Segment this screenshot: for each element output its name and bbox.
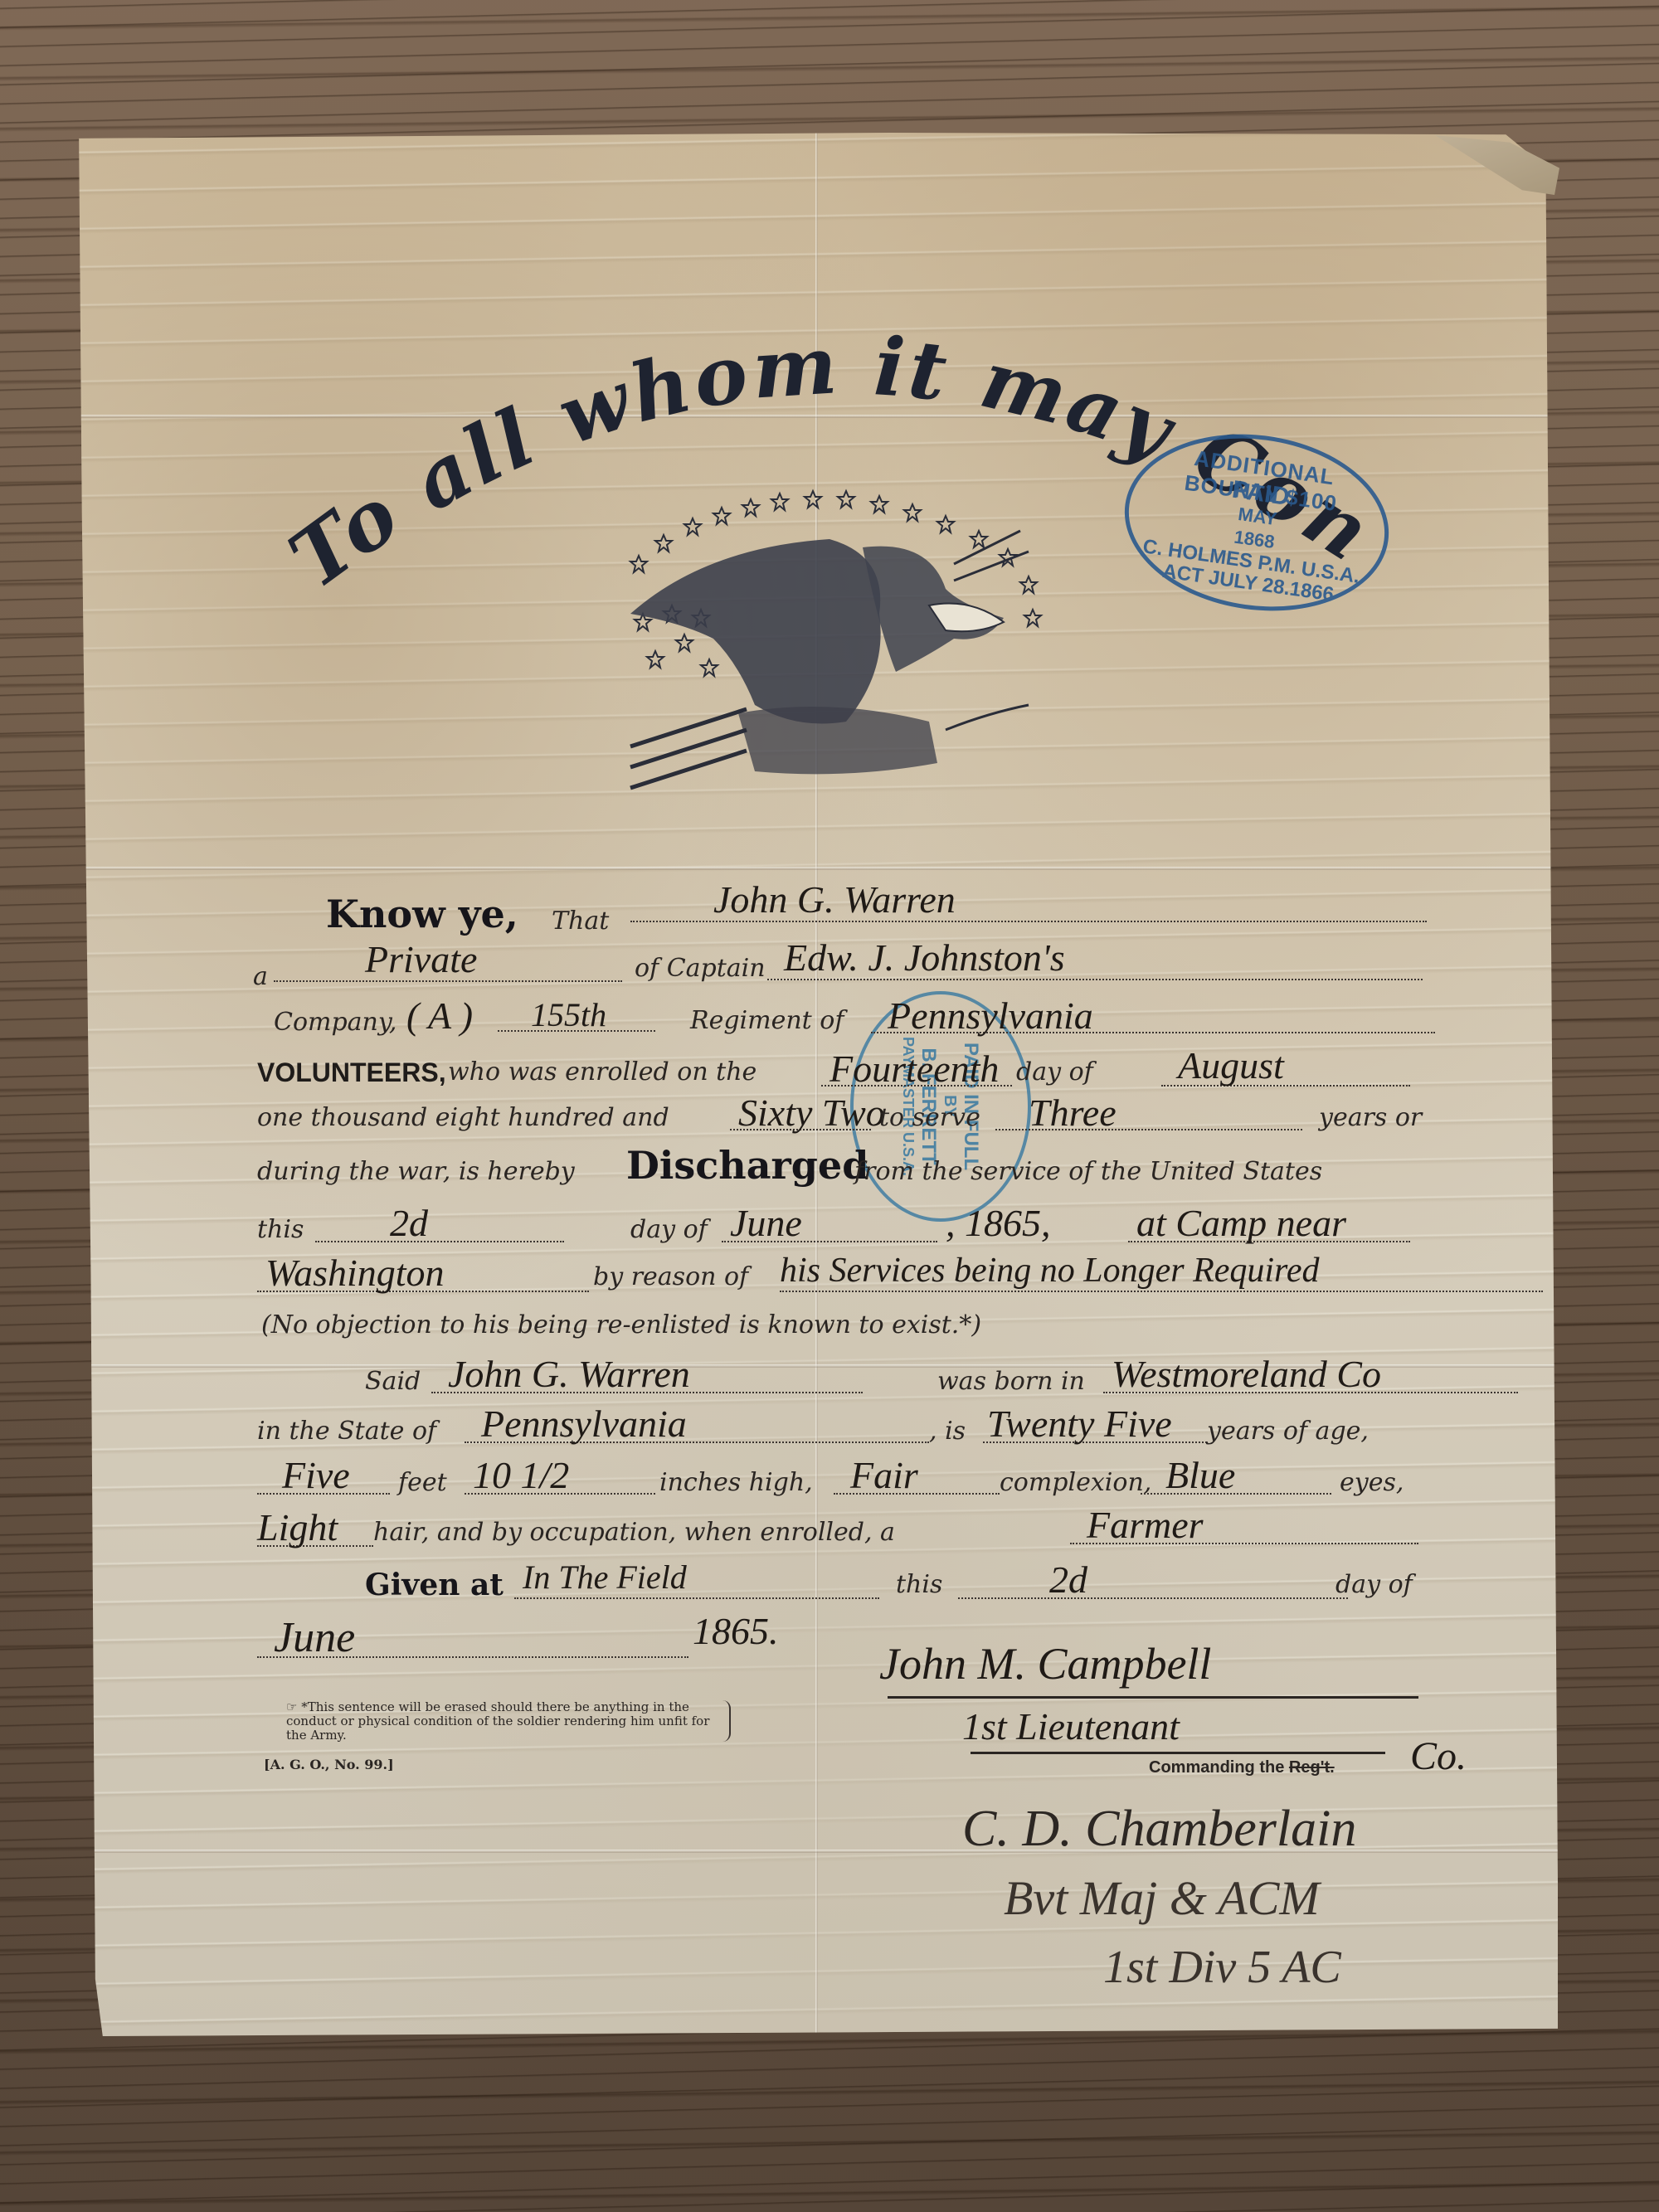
- given-day-value: 2d: [1049, 1558, 1087, 1601]
- a-label: a: [253, 962, 268, 991]
- eagle-illustration: [614, 481, 1078, 821]
- enrolled-year-field: Sixty Two: [730, 1091, 871, 1130]
- footnote-bracket: [722, 1700, 731, 1742]
- given-this-label: this: [896, 1570, 942, 1599]
- soldier-name-field: John G. Warren: [630, 878, 1427, 922]
- given-day-of-label: day of: [1335, 1570, 1413, 1599]
- day-of-label-2: day of: [630, 1215, 708, 1244]
- company-label: Company,: [274, 1008, 397, 1037]
- said-label: Said: [365, 1367, 421, 1396]
- complexion-field: Fair: [834, 1453, 1000, 1495]
- eyes-value: Blue: [1165, 1454, 1235, 1496]
- year-prefix-label: one thousand eight hundred and: [257, 1103, 669, 1132]
- years-of-age-label: years of age,: [1207, 1417, 1369, 1446]
- age-field: Twenty Five: [983, 1402, 1207, 1443]
- eagle-icon: [630, 531, 1029, 788]
- reason-field: his Services being no Longer Required: [780, 1251, 1543, 1292]
- day-of-label: day of: [1016, 1057, 1093, 1087]
- said-name-value: John G. Warren: [448, 1353, 690, 1395]
- fold-crease-horizontal: [73, 867, 1558, 870]
- hair-label: hair, and by occupation, when enrolled, …: [373, 1518, 895, 1547]
- commanding-struck-text: Reg't.: [1289, 1758, 1335, 1777]
- birth-county-value: Westmoreland Co: [1112, 1353, 1381, 1395]
- officer-signature: John M. Campbell: [879, 1638, 1211, 1689]
- years-or-label: years or: [1319, 1103, 1422, 1132]
- complexion-label: complexion,: [1000, 1468, 1151, 1497]
- regiment-of-label: Regiment of: [690, 1006, 844, 1035]
- during-war-label: during the war, is hereby: [257, 1157, 575, 1186]
- of-captain-label: of Captain: [635, 954, 766, 983]
- age-value: Twenty Five: [987, 1403, 1172, 1445]
- height-inches-field: 10 1/2: [465, 1453, 655, 1495]
- captain-name-value: Edw. J. Johnston's: [784, 936, 1065, 979]
- footnote: ☞ *This sentence will be erased should t…: [286, 1700, 726, 1743]
- term-value: Three: [1029, 1091, 1117, 1134]
- state-of-label: in the State of: [257, 1417, 436, 1446]
- company-value: ( A ): [406, 994, 473, 1038]
- form-number: [A. G. O., No. 99.]: [264, 1757, 394, 1772]
- rank-field: Private: [274, 937, 622, 982]
- state-value: Pennsylvania: [888, 994, 1093, 1037]
- endorser-unit: 1st Div 5 AC: [1103, 1941, 1341, 1994]
- by-reason-label: by reason of: [593, 1262, 748, 1291]
- commanding-text: Commanding the: [1149, 1758, 1284, 1777]
- endorser-signature: C. D. Chamberlain: [962, 1800, 1356, 1859]
- officer-rank: 1st Lieutenant: [962, 1704, 1180, 1748]
- discharge-month-field: June: [722, 1201, 937, 1242]
- rank-value: Private: [365, 938, 477, 980]
- discharge-year-value: , 1865,: [946, 1201, 1051, 1245]
- hair-value: Light: [257, 1506, 338, 1548]
- complexion-value: Fair: [850, 1454, 918, 1496]
- location-field-b: Washington: [257, 1251, 589, 1292]
- location-value-b: Washington: [265, 1252, 445, 1294]
- enrolled-label: who was enrolled on the: [448, 1057, 757, 1087]
- regiment-number-field: 155th: [498, 995, 655, 1032]
- enrolled-day-field: Fourteenth: [821, 1047, 1012, 1087]
- enrolled-year-value: Sixty Two: [738, 1091, 885, 1134]
- born-in-label: was born in: [937, 1367, 1085, 1396]
- captain-name-field: Edw. J. Johnston's: [767, 936, 1423, 980]
- to-serve-label: to serve: [879, 1103, 980, 1132]
- discharged-label: Discharged: [626, 1143, 868, 1188]
- hair-field: Light: [257, 1505, 373, 1547]
- feet-label: feet: [398, 1468, 447, 1497]
- birth-county-field: Westmoreland Co: [1103, 1352, 1518, 1393]
- from-service-label: from the service of the United States: [854, 1157, 1322, 1186]
- state-field: Pennsylvania: [871, 994, 1435, 1033]
- given-place-field: In The Field: [514, 1558, 879, 1599]
- commanding-unit: Co.: [1410, 1733, 1467, 1779]
- eyes-field: Blue: [1141, 1453, 1331, 1495]
- pointing-hand-icon: ☞: [286, 1699, 297, 1714]
- volunteers-label: VOLUNTEERS,: [257, 1057, 446, 1088]
- eyes-label: eyes,: [1340, 1468, 1404, 1497]
- enrolled-day-value: Fourteenth: [829, 1048, 999, 1090]
- height-feet-field: Five: [257, 1453, 390, 1495]
- no-objection-label: (No objection to his being re-enlisted i…: [261, 1310, 981, 1339]
- enrolled-month-field: August: [1161, 1043, 1410, 1087]
- commanding-label: Commanding the Reg't.: [1149, 1758, 1335, 1777]
- given-place-value: In The Field: [523, 1558, 687, 1596]
- term-field: Three: [995, 1091, 1302, 1130]
- inches-high-label: inches high,: [659, 1468, 813, 1497]
- soldier-name-value: John G. Warren: [713, 878, 956, 921]
- occupation-field: Farmer: [1070, 1503, 1418, 1544]
- given-day-field: 2d: [958, 1558, 1348, 1599]
- location-field-a: at Camp near: [1128, 1201, 1410, 1242]
- occupation-value: Farmer: [1087, 1504, 1204, 1546]
- know-ye-label: Know ye,: [326, 892, 518, 936]
- footnote-text: *This sentence will be erased should the…: [286, 1699, 709, 1743]
- discharge-day-field: 2d: [315, 1201, 564, 1242]
- height-inches-value: 10 1/2: [473, 1454, 569, 1496]
- discharge-month-value: June: [730, 1202, 802, 1244]
- reason-value: his Services being no Longer Required: [780, 1252, 1320, 1290]
- officer-signature-line: [888, 1696, 1418, 1699]
- given-month-field: June: [257, 1613, 688, 1658]
- given-at-label: Given at: [365, 1568, 504, 1602]
- enrolled-month-value: August: [1178, 1044, 1284, 1087]
- given-month-value: June: [274, 1614, 355, 1661]
- discharge-day-value: 2d: [390, 1202, 428, 1244]
- regiment-number-value: 155th: [531, 996, 606, 1033]
- birth-state-field: Pennsylvania: [465, 1402, 929, 1443]
- height-feet-value: Five: [282, 1454, 350, 1496]
- location-value-a: at Camp near: [1136, 1202, 1346, 1244]
- endorser-title: Bvt Maj & ACM: [1004, 1870, 1320, 1926]
- is-label: , is: [929, 1417, 966, 1446]
- given-year-value: 1865.: [693, 1609, 779, 1653]
- said-name-field: John G. Warren: [431, 1352, 863, 1393]
- birth-state-value: Pennsylvania: [481, 1403, 687, 1445]
- officer-rank-line: [971, 1752, 1385, 1754]
- this-label: this: [257, 1215, 304, 1244]
- that-label: That: [552, 907, 609, 936]
